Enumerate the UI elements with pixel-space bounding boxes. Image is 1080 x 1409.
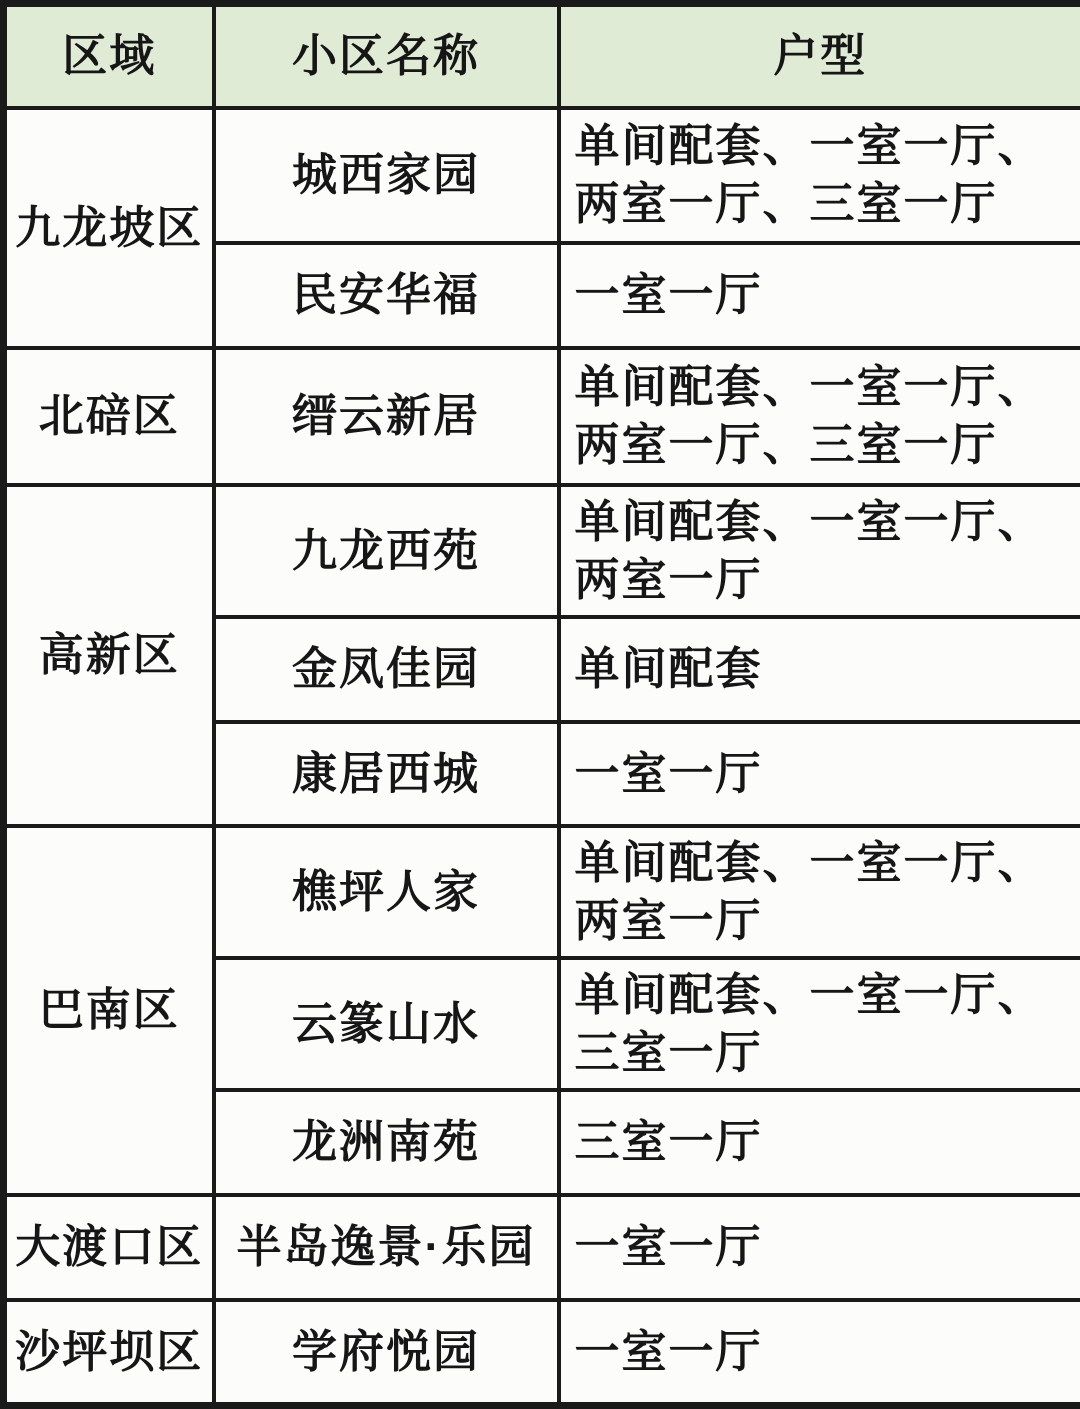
region-cell-dadukou: 大渡口区	[4, 1195, 214, 1300]
type-cell: 单间配套、一室一厅、两室一厅、三室一厅	[559, 108, 1080, 243]
header-region: 区域	[4, 4, 214, 108]
community-cell: 樵坪人家	[214, 826, 559, 958]
type-cell: 一室一厅	[559, 243, 1080, 348]
type-cell: 一室一厅	[559, 1195, 1080, 1300]
table-row: 九龙坡区 城西家园 单间配套、一室一厅、两室一厅、三室一厅	[4, 108, 1080, 243]
community-cell: 半岛逸景·乐园	[214, 1195, 559, 1300]
region-cell-banan: 巴南区	[4, 826, 214, 1195]
community-cell: 城西家园	[214, 108, 559, 243]
type-cell: 单间配套	[559, 617, 1080, 722]
table-row: 高新区 九龙西苑 单间配套、一室一厅、两室一厅	[4, 485, 1080, 617]
type-cell: 单间配套、一室一厅、两室一厅	[559, 485, 1080, 617]
community-cell: 学府悦园	[214, 1300, 559, 1406]
table-row: 沙坪坝区 学府悦园 一室一厅	[4, 1300, 1080, 1406]
type-cell: 单间配套、一室一厅、两室一厅	[559, 826, 1080, 958]
header-community: 小区名称	[214, 4, 559, 108]
type-cell: 一室一厅	[559, 1300, 1080, 1406]
type-cell: 单间配套、一室一厅、三室一厅	[559, 958, 1080, 1090]
community-cell: 康居西城	[214, 722, 559, 826]
housing-table: 区域 小区名称 户型 九龙坡区 城西家园 单间配套、一室一厅、两室一厅、三室一厅…	[0, 0, 1080, 1409]
type-cell: 三室一厅	[559, 1090, 1080, 1195]
community-cell: 缙云新居	[214, 348, 559, 485]
community-cell: 云篆山水	[214, 958, 559, 1090]
community-cell: 金凤佳园	[214, 617, 559, 722]
table-row: 大渡口区 半岛逸景·乐园 一室一厅	[4, 1195, 1080, 1300]
region-cell-beibei: 北碚区	[4, 348, 214, 485]
type-cell: 单间配套、一室一厅、两室一厅、三室一厅	[559, 348, 1080, 485]
community-cell: 九龙西苑	[214, 485, 559, 617]
table-body: 九龙坡区 城西家园 单间配套、一室一厅、两室一厅、三室一厅 民安华福 一室一厅 …	[4, 108, 1080, 1406]
type-cell: 一室一厅	[559, 722, 1080, 826]
table-row: 巴南区 樵坪人家 单间配套、一室一厅、两室一厅	[4, 826, 1080, 958]
community-cell: 民安华福	[214, 243, 559, 348]
table-row: 北碚区 缙云新居 单间配套、一室一厅、两室一厅、三室一厅	[4, 348, 1080, 485]
community-cell: 龙洲南苑	[214, 1090, 559, 1195]
header-type: 户型	[559, 4, 1080, 108]
region-cell-jiulongpo: 九龙坡区	[4, 108, 214, 348]
region-cell-gaoxin: 高新区	[4, 485, 214, 826]
region-cell-shapingba: 沙坪坝区	[4, 1300, 214, 1406]
table-header-row: 区域 小区名称 户型	[4, 4, 1080, 108]
